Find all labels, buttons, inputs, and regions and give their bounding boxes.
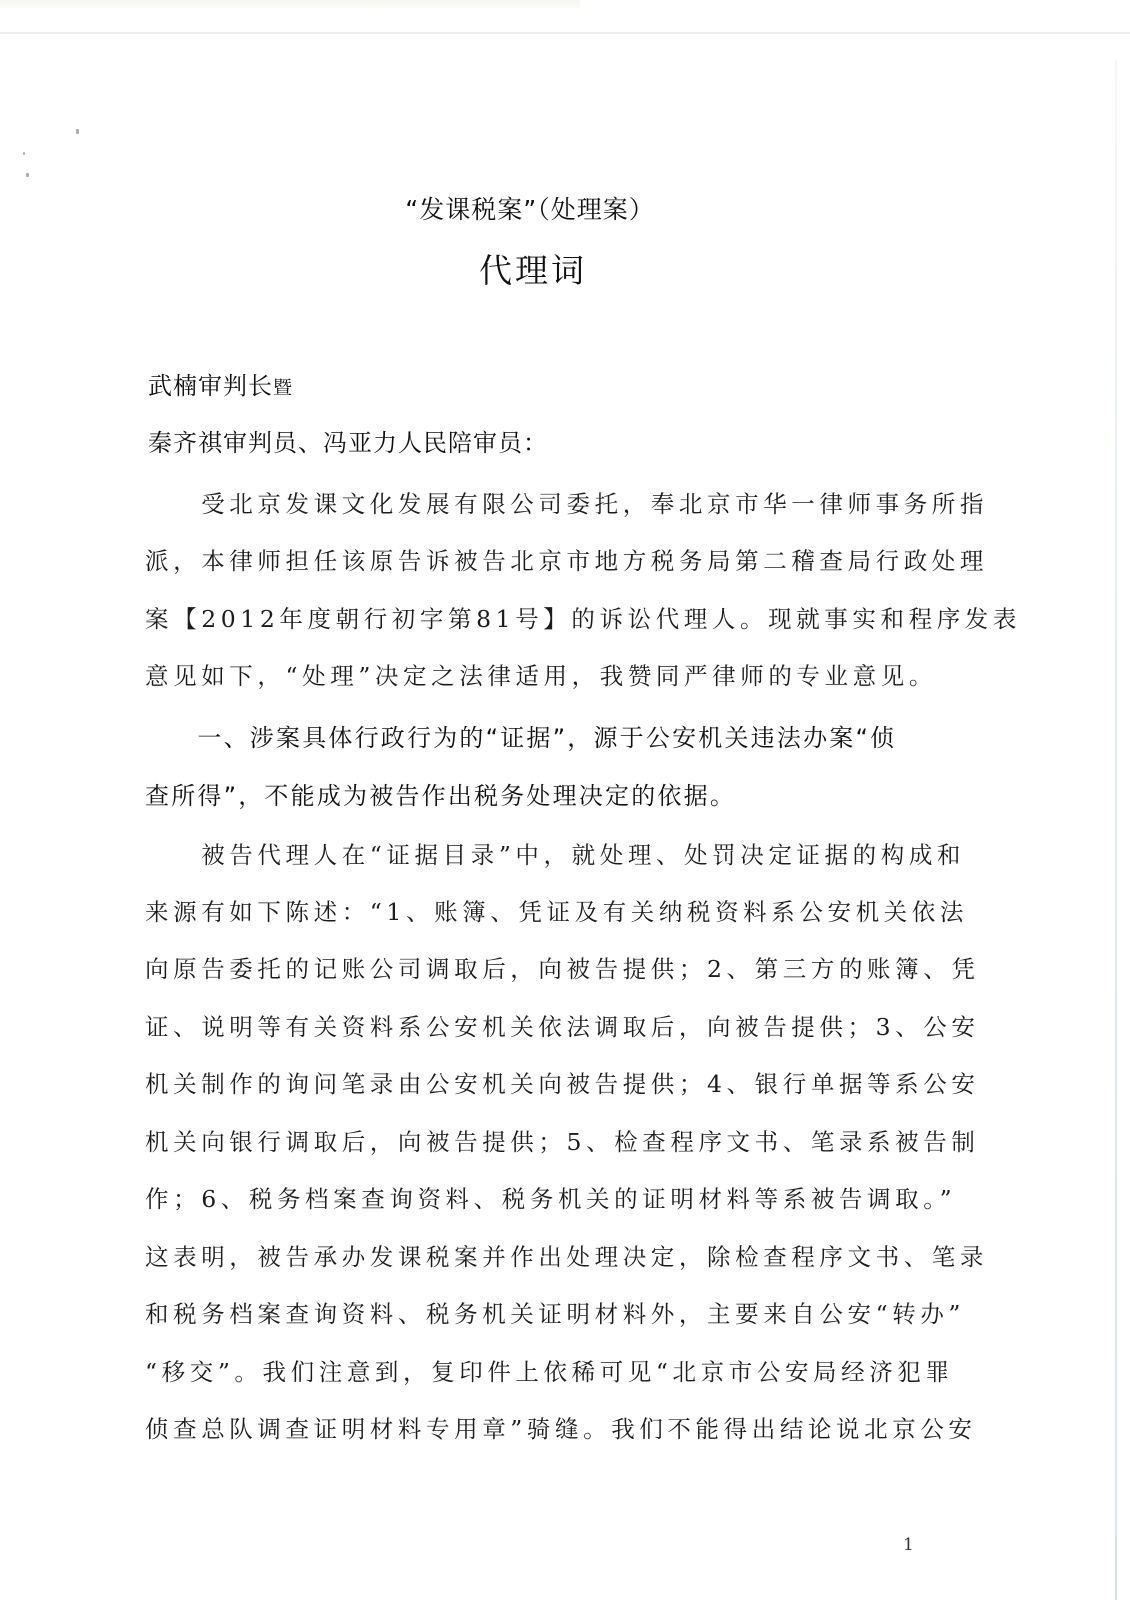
body-line: 证、说明等有关资料系公安机关依法调取后，向被告提供；3、公安 [145,1008,935,1042]
document-page: “发课税案”（处理案） 代理词 武楠审判长暨 秦齐祺审判员、冯亚力人民陪审员： … [0,0,1130,1600]
body-line: 案【2012年度朝行初字第81号】的诉讼代理人。现就事实和程序发表 [145,600,935,634]
salutation-line-1: 武楠审判长暨 [148,366,293,401]
body-line: 这表明，被告承办发课税案并作出处理决定，除检查程序文书、笔录 [145,1238,935,1272]
body-line: 意见如下，“处理”决定之法律适用，我赞同严律师的专业意见。 [145,657,935,691]
document-title: 代理词 [0,245,1066,292]
salutation-line-2: 秦齐祺审判员、冯亚力人民陪审员： [148,423,548,458]
page-number: 1 [903,1535,914,1555]
body-line: 来源有如下陈述：“1、账簿、凭证及有关纳税资料系公安机关依法 [145,893,935,927]
body-line: 派，本律师担任该原告诉被告北京市地方税务局第二稽查局行政处理 [145,542,935,576]
presiding-judge: 武楠审判长 [148,372,273,400]
body-line: 机关向银行调取后，向被告提供；5、检查程序文书、笔录系被告制 [145,1123,935,1157]
body-line: 和税务档案查询资料、税务机关证明材料外，主要来自公安“转办” [145,1295,935,1329]
salutation-conjunction: 暨 [273,377,293,399]
body-line: 受北京发课文化发展有限公司委托，奉北京市华一律师事务所指 [145,485,935,519]
body-line: 向原告委托的记账公司调取后，向被告提供；2、第三方的账簿、凭 [145,950,935,984]
document-subtitle: “发课税案”（处理案） [0,190,1060,226]
body-line: 机关制作的询问笔录由公安机关向被告提供；4、银行单据等系公安 [145,1065,935,1099]
section-heading-line: 一、涉案具体行政行为的“证据”，源于公安机关违法办案“侦 [145,718,935,753]
body-line: 被告代理人在“证据目录”中，就处理、处罚决定证据的构成和 [145,836,935,870]
body-line: 侦查总队调查证明材料专用章”骑缝。我们不能得出结论说北京公安 [145,1410,935,1444]
body-line: “移交”。我们注意到，复印件上依稀可见“北京市公安局经济犯罪 [145,1353,935,1387]
body-line: 作；6、税务档案查询资料、税务机关的证明材料等系被告调取。” [145,1180,935,1214]
section-heading-line: 查所得”，不能成为被告作出税务处理决定的依据。 [145,776,935,811]
